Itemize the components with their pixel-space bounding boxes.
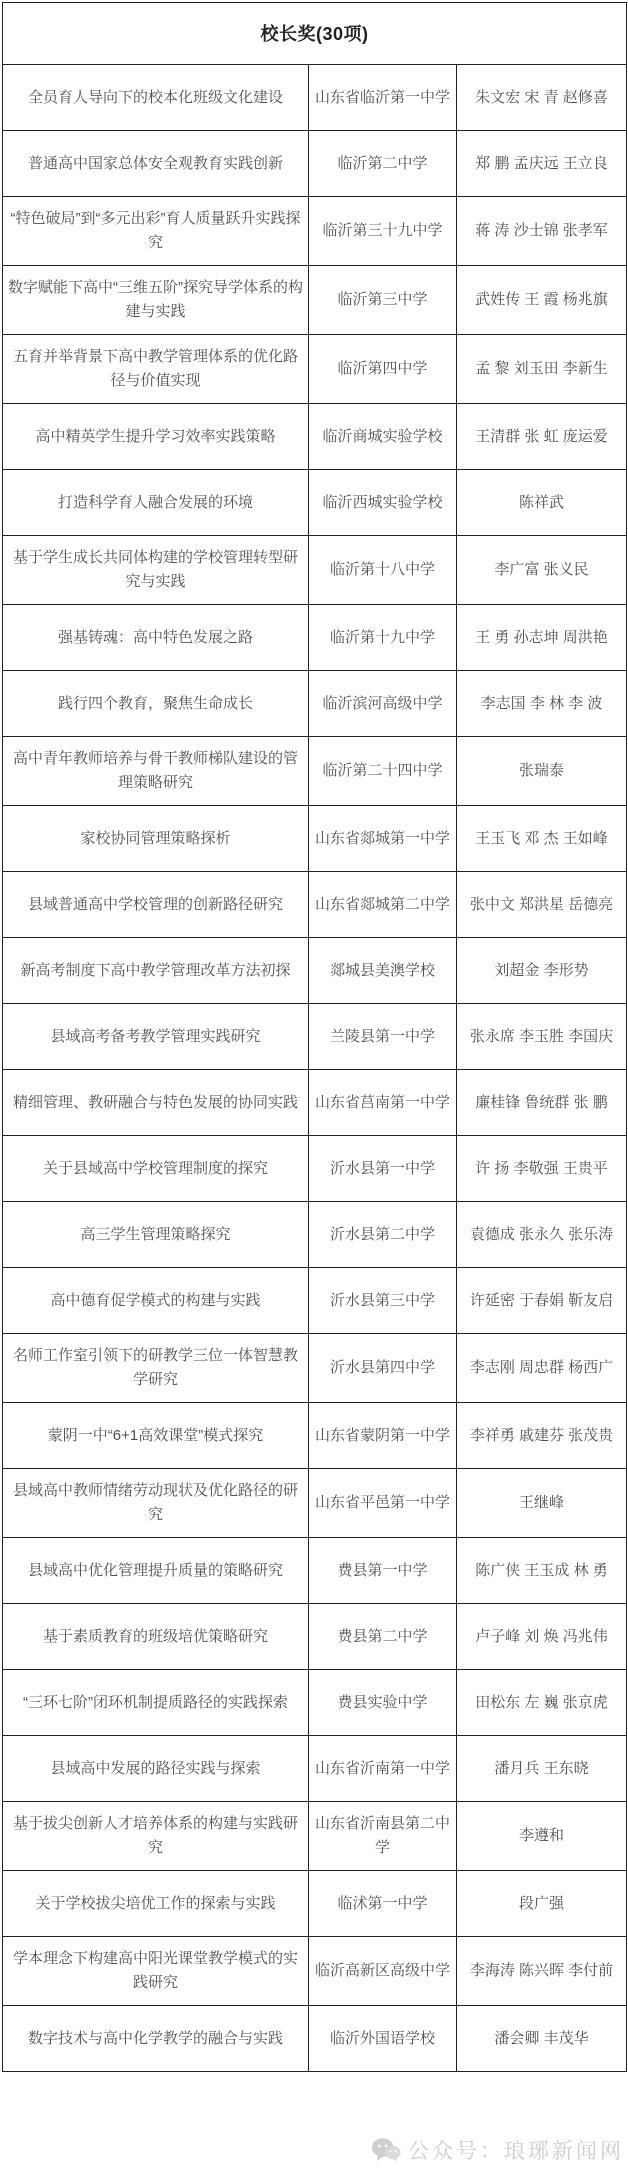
project-title-cell: 县域高中教师情绪劳动现状及优化路径的研究 (3, 1469, 309, 1538)
school-name-cell: 山东省郯城第二中学 (309, 872, 457, 938)
school-name-cell: 山东省郯城第一中学 (309, 806, 457, 872)
school-name-cell: 费县实验中学 (309, 1670, 457, 1736)
table-row: 学本理念下构建高中阳光课堂教学模式的实践研究 临沂高新区高级中学 李海涛 陈兴晖… (3, 1937, 627, 2006)
school-name-cell: 临沂第三中学 (309, 266, 457, 335)
awardee-names-cell: 郑 鹏 孟庆远 王立良 (457, 131, 627, 197)
school-name-cell: 临沭第一中学 (309, 1871, 457, 1937)
table-row: 名师工作室引领下的研教学三位一体智慧教学研究 沂水县第四中学 李志刚 周忠群 杨… (3, 1334, 627, 1403)
table-row: 基于拔尖创新人才培养体系的构建与实践研究 山东省沂南县第二中学 李遵和 (3, 1802, 627, 1871)
project-title-cell: 五育并举背景下高中教学管理体系的优化路径与价值实现 (3, 335, 309, 404)
table-row: 县域高中教师情绪劳动现状及优化路径的研究 山东省平邑第一中学 王继峰 (3, 1469, 627, 1538)
school-name-cell: 山东省蒙阴第一中学 (309, 1403, 457, 1469)
school-name-cell: 费县第一中学 (309, 1538, 457, 1604)
project-title-cell: 高中德育促学模式的构建与实践 (3, 1268, 309, 1334)
awardee-names-cell: 张永席 李玉胜 李国庆 (457, 1004, 627, 1070)
table-row: 打造科学育人融合发展的环境 临沂西城实验学校 陈祥武 (3, 470, 627, 536)
awardee-names-cell: 武姓传 王 霞 杨兆旗 (457, 266, 627, 335)
project-title-cell: 学本理念下构建高中阳光课堂教学模式的实践研究 (3, 1937, 309, 2006)
project-title-cell: “三环七阶”闭环机制提质路径的实践探索 (3, 1670, 309, 1736)
awardee-names-cell: 李志刚 周忠群 杨西广 (457, 1334, 627, 1403)
awardee-names-cell: 张瑞泰 (457, 737, 627, 806)
project-title-cell: 全员育人导向下的校本化班级文化建设 (3, 65, 309, 131)
watermark-text: 公众号：琅琊新闻网 (408, 2135, 624, 2165)
project-title-cell: 县域高中优化管理提升质量的策略研究 (3, 1538, 309, 1604)
awardee-names-cell: 孟 黎 刘玉田 李新生 (457, 335, 627, 404)
project-title-cell: 蒙阴一中“6+1高效课堂”模式探究 (3, 1403, 309, 1469)
table-row: 基于素质教育的班级培优策略研究 费县第二中学 卢子峰 刘 焕 冯兆伟 (3, 1604, 627, 1670)
school-name-cell: 临沂第十九中学 (309, 605, 457, 671)
table-row: 精细管理、教研融合与特色发展的协同实践 山东省莒南第一中学 廉桂锋 鲁统群 张 … (3, 1070, 627, 1136)
table-row: 县域普通高中学校管理的创新路径研究 山东省郯城第二中学 张中文 郑洪星 岳德亮 (3, 872, 627, 938)
project-title-cell: “特色破局”到“多元出彩”育人质量跃升实践探究 (3, 197, 309, 266)
school-name-cell: 沂水县第四中学 (309, 1334, 457, 1403)
table-row: 基于学生成长共同体构建的学校管理转型研究与实践 临沂第十八中学 李广富 张义民 (3, 536, 627, 605)
awardee-names-cell: 王清群 张 虹 庞运爱 (457, 404, 627, 470)
school-name-cell: 临沂第三十九中学 (309, 197, 457, 266)
awardee-names-cell: 王玉飞 邓 杰 王如峰 (457, 806, 627, 872)
project-title-cell: 数字技术与高中化学教学的融合与实践 (3, 2006, 309, 2072)
project-title-cell: 基于学生成长共同体构建的学校管理转型研究与实践 (3, 536, 309, 605)
school-name-cell: 山东省莒南第一中学 (309, 1070, 457, 1136)
table-row: 县域高中优化管理提升质量的策略研究 费县第一中学 陈广侠 王玉成 林 勇 (3, 1538, 627, 1604)
school-name-cell: 山东省临沂第一中学 (309, 65, 457, 131)
table-row: 五育并举背景下高中教学管理体系的优化路径与价值实现 临沂第四中学 孟 黎 刘玉田… (3, 335, 627, 404)
awardee-names-cell: 李遵和 (457, 1802, 627, 1871)
school-name-cell: 山东省沂南县第二中学 (309, 1802, 457, 1871)
project-title-cell: 家校协同管理策略探析 (3, 806, 309, 872)
awardee-names-cell: 袁德成 张永久 张乐涛 (457, 1202, 627, 1268)
awardee-names-cell: 许 扬 李敬强 王贵平 (457, 1136, 627, 1202)
project-title-cell: 关于县域高中学校管理制度的探究 (3, 1136, 309, 1202)
table-row: 县域高考备考教学管理实践研究 兰陵县第一中学 张永席 李玉胜 李国庆 (3, 1004, 627, 1070)
project-title-cell: 践行四个教育，聚焦生命成长 (3, 671, 309, 737)
watermark: 公众号：琅琊新闻网 (371, 2135, 624, 2165)
awardee-names-cell: 王继峰 (457, 1469, 627, 1538)
table-row: 高中德育促学模式的构建与实践 沂水县第三中学 许延密 于春娟 靳友启 (3, 1268, 627, 1334)
project-title-cell: 名师工作室引领下的研教学三位一体智慧教学研究 (3, 1334, 309, 1403)
awardee-names-cell: 李祥勇 戚建芬 张茂贵 (457, 1403, 627, 1469)
awardee-names-cell: 张中文 郑洪星 岳德亮 (457, 872, 627, 938)
awardee-names-cell: 段广强 (457, 1871, 627, 1937)
school-name-cell: 临沂西城实验学校 (309, 470, 457, 536)
awardee-names-cell: 陈祥武 (457, 470, 627, 536)
table-row: 高三学生管理策略探究 沂水县第二中学 袁德成 张永久 张乐涛 (3, 1202, 627, 1268)
project-title-cell: 精细管理、教研融合与特色发展的协同实践 (3, 1070, 309, 1136)
school-name-cell: 临沂滨河高级中学 (309, 671, 457, 737)
table-row: 关于学校拔尖培优工作的探索与实践 临沭第一中学 段广强 (3, 1871, 627, 1937)
school-name-cell: 兰陵县第一中学 (309, 1004, 457, 1070)
school-name-cell: 临沂第四中学 (309, 335, 457, 404)
table-header-row: 校长奖(30项) (3, 3, 627, 65)
awardee-names-cell: 王 勇 孙志坤 周洪艳 (457, 605, 627, 671)
school-name-cell: 临沂第十八中学 (309, 536, 457, 605)
project-title-cell: 关于学校拔尖培优工作的探索与实践 (3, 1871, 309, 1937)
awardee-names-cell: 许延密 于春娟 靳友启 (457, 1268, 627, 1334)
school-name-cell: 沂水县第三中学 (309, 1268, 457, 1334)
project-title-cell: 数字赋能下高中“三维五阶”探究导学体系的构建与实践 (3, 266, 309, 335)
school-name-cell: 山东省沂南第一中学 (309, 1736, 457, 1802)
awardee-names-cell: 潘会卿 丰茂华 (457, 2006, 627, 2072)
project-title-cell: 打造科学育人融合发展的环境 (3, 470, 309, 536)
school-name-cell: 临沂高新区高级中学 (309, 1937, 457, 2006)
table-row: 全员育人导向下的校本化班级文化建设 山东省临沂第一中学 朱文宏 宋 青 赵修喜 (3, 65, 627, 131)
table-row: 数字赋能下高中“三维五阶”探究导学体系的构建与实践 临沂第三中学 武姓传 王 霞… (3, 266, 627, 335)
table-row: 高中青年教师培养与骨干教师梯队建设的管理策略研究 临沂第二十四中学 张瑞泰 (3, 737, 627, 806)
school-name-cell: 临沂商城实验学校 (309, 404, 457, 470)
table-row: 蒙阴一中“6+1高效课堂”模式探究 山东省蒙阴第一中学 李祥勇 戚建芬 张茂贵 (3, 1403, 627, 1469)
award-list-page: 校长奖(30项) 全员育人导向下的校本化班级文化建设 山东省临沂第一中学 朱文宏… (0, 0, 628, 2171)
table-row: “三环七阶”闭环机制提质路径的实践探索 费县实验中学 田松东 左 巍 张京虎 (3, 1670, 627, 1736)
awardee-names-cell: 蒋 涛 沙士锦 张孝军 (457, 197, 627, 266)
school-name-cell: 临沂第二十四中学 (309, 737, 457, 806)
awardee-names-cell: 卢子峰 刘 焕 冯兆伟 (457, 1604, 627, 1670)
school-name-cell: 沂水县第一中学 (309, 1136, 457, 1202)
project-title-cell: 基于素质教育的班级培优策略研究 (3, 1604, 309, 1670)
page-title: 校长奖(30项) (3, 3, 627, 65)
project-title-cell: 普通高中国家总体安全观教育实践创新 (3, 131, 309, 197)
awardee-names-cell: 陈广侠 王玉成 林 勇 (457, 1538, 627, 1604)
awardee-names-cell: 李广富 张义民 (457, 536, 627, 605)
table-row: “特色破局”到“多元出彩”育人质量跃升实践探究 临沂第三十九中学 蒋 涛 沙士锦… (3, 197, 627, 266)
project-title-cell: 高中精英学生提升学习效率实践策略 (3, 404, 309, 470)
project-title-cell: 县域高中发展的路径实践与探索 (3, 1736, 309, 1802)
table-row: 强基铸魂：高中特色发展之路 临沂第十九中学 王 勇 孙志坤 周洪艳 (3, 605, 627, 671)
table-row: 普通高中国家总体安全观教育实践创新 临沂第二中学 郑 鹏 孟庆远 王立良 (3, 131, 627, 197)
awardee-names-cell: 朱文宏 宋 青 赵修喜 (457, 65, 627, 131)
awardee-names-cell: 潘月兵 王东晓 (457, 1736, 627, 1802)
project-title-cell: 高中青年教师培养与骨干教师梯队建设的管理策略研究 (3, 737, 309, 806)
school-name-cell: 费县第二中学 (309, 1604, 457, 1670)
school-name-cell: 临沂外国语学校 (309, 2006, 457, 2072)
awardee-names-cell: 李海涛 陈兴晖 李付前 (457, 1937, 627, 2006)
school-name-cell: 山东省平邑第一中学 (309, 1469, 457, 1538)
project-title-cell: 县域普通高中学校管理的创新路径研究 (3, 872, 309, 938)
table-row: 关于县域高中学校管理制度的探究 沂水县第一中学 许 扬 李敬强 王贵平 (3, 1136, 627, 1202)
project-title-cell: 强基铸魂：高中特色发展之路 (3, 605, 309, 671)
project-title-cell: 高三学生管理策略探究 (3, 1202, 309, 1268)
school-name-cell: 郯城县美澳学校 (309, 938, 457, 1004)
school-name-cell: 临沂第二中学 (309, 131, 457, 197)
table-row: 家校协同管理策略探析 山东省郯城第一中学 王玉飞 邓 杰 王如峰 (3, 806, 627, 872)
awardee-names-cell: 田松东 左 巍 张京虎 (457, 1670, 627, 1736)
project-title-cell: 新高考制度下高中教学管理改革方法初探 (3, 938, 309, 1004)
table-row: 践行四个教育，聚焦生命成长 临沂滨河高级中学 李志国 李 林 李 波 (3, 671, 627, 737)
wechat-icon (371, 2137, 401, 2163)
project-title-cell: 基于拔尖创新人才培养体系的构建与实践研究 (3, 1802, 309, 1871)
table-row: 县域高中发展的路径实践与探索 山东省沂南第一中学 潘月兵 王东晓 (3, 1736, 627, 1802)
awardee-names-cell: 刘超金 李形势 (457, 938, 627, 1004)
school-name-cell: 沂水县第二中学 (309, 1202, 457, 1268)
awardee-names-cell: 廉桂锋 鲁统群 张 鹏 (457, 1070, 627, 1136)
award-table: 校长奖(30项) 全员育人导向下的校本化班级文化建设 山东省临沂第一中学 朱文宏… (2, 2, 627, 2072)
awardee-names-cell: 李志国 李 林 李 波 (457, 671, 627, 737)
table-row: 高中精英学生提升学习效率实践策略 临沂商城实验学校 王清群 张 虹 庞运爱 (3, 404, 627, 470)
table-row: 新高考制度下高中教学管理改革方法初探 郯城县美澳学校 刘超金 李形势 (3, 938, 627, 1004)
table-row: 数字技术与高中化学教学的融合与实践 临沂外国语学校 潘会卿 丰茂华 (3, 2006, 627, 2072)
project-title-cell: 县域高考备考教学管理实践研究 (3, 1004, 309, 1070)
